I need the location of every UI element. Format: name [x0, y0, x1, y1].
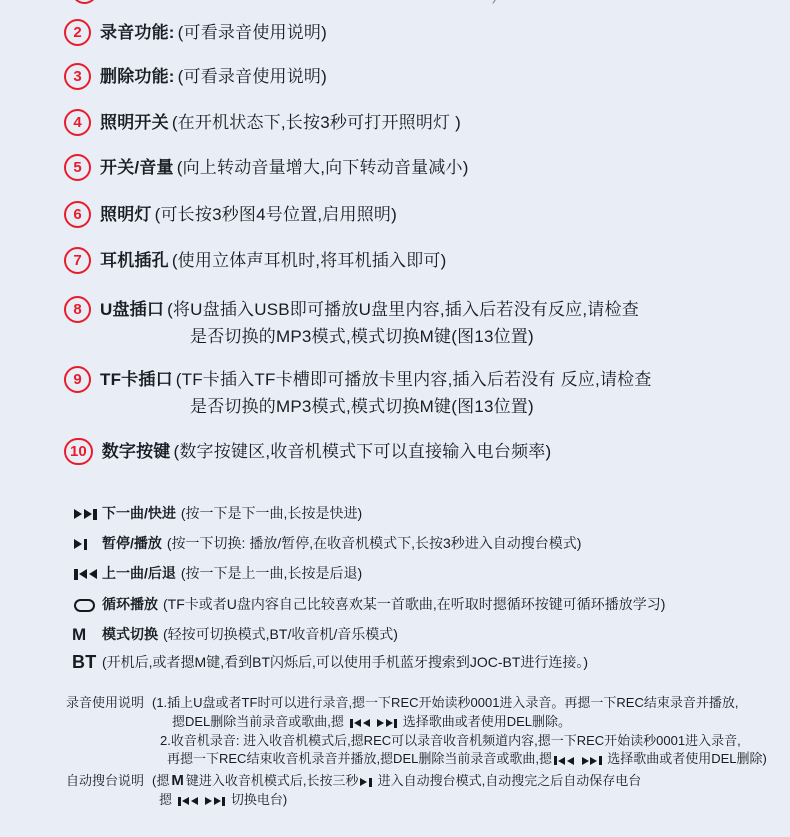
item-desc: (TF卡插入TF卡槽即可播放卡里内容,插入后若没有 反应,请检查	[176, 370, 652, 389]
control-label: 模式切换	[102, 624, 158, 644]
instruction-item-7: 7 耳机插孔(使用立体声耳机时,将耳机插入即可)	[64, 247, 446, 274]
instruction-item-2: 2 录音功能:(可看录音使用说明)	[64, 19, 327, 46]
item-title: 数字按键	[102, 442, 171, 461]
note-text: 2.收音机录音: 进入收音机模式后,摁REC可以录音收音机频道内容,摁一下REC…	[160, 732, 741, 751]
note-lines: (摁M键进入收音机模式后,长按三秒 进入自动搜台模式,自动搜完之后自动保存电台 …	[152, 772, 641, 810]
instruction-item-5: 5 开关/音量(向上转动音量增大,向下转动音量减小)	[64, 154, 469, 181]
recording-usage-note: 录音使用说明 (1.插上U盘或者TF时可以进行录音,摁一下REC开始读秒0001…	[66, 694, 767, 769]
item-desc: (可看录音使用说明)	[178, 23, 327, 42]
item-desc-line2: 是否切换的MP3模式,模式切换M键(图13位置)	[190, 323, 639, 350]
note-text	[200, 791, 204, 810]
item-title: 照明开关	[100, 113, 169, 132]
item-number-badge: 9	[64, 366, 91, 393]
prev-track-icon	[554, 756, 574, 765]
item-desc: (在开机状态下,长按3秒可打开照明灯 )	[172, 113, 461, 132]
instruction-item-4: 4 照明开关(在开机状态下,长按3秒可打开照明灯 )	[64, 109, 461, 136]
prev-track-icon	[350, 719, 370, 728]
item-desc-line2: 是否切换的MP3模式,模式切换M键(图13位置)	[190, 393, 652, 420]
note-text: 选择歌曲或者使用DEL删除。	[399, 713, 571, 732]
control-row-bt: BT (开机后,或者摁M键,看到BT闪烁后,可以使用手机蓝牙搜索到JOC-BT进…	[72, 652, 588, 672]
next-track-icon	[74, 509, 97, 520]
note-text: 切换电台)	[227, 791, 287, 810]
note-text: 摁	[159, 791, 176, 810]
control-desc: (按一下切换: 播放/暂停,在收音机模式下,长按3秒进入自动搜台模式)	[167, 533, 582, 553]
note-text: 摁DEL删除当前录音或歌曲,摁	[172, 713, 348, 732]
instruction-item-3: 3 删除功能:(可看录音使用说明)	[64, 63, 327, 90]
item-number-badge: 5	[64, 154, 91, 181]
next-track-icon	[377, 719, 397, 728]
item-desc: (使用立体声耳机时,将耳机插入即可)	[172, 251, 447, 270]
play-pause-icon	[360, 778, 372, 787]
control-desc: (按一下是下一曲,长按是快进)	[181, 503, 362, 523]
bt-key-icon: BT	[72, 653, 97, 671]
item-desc: (可长按3秒图4号位置,启用照明)	[155, 205, 397, 224]
note-text: (摁	[152, 772, 169, 791]
note-text: 进入自动搜台模式,自动搜完之后自动保存电台	[374, 772, 641, 791]
item-number-badge: 8	[64, 296, 91, 323]
instruction-item-10: 10 数字按键(数字按键区,收音机模式下可以直接输入电台频率)	[64, 438, 551, 465]
manual-page: ) 2 录音功能:(可看录音使用说明) 3 删除功能:(可看录音使用说明) 4 …	[0, 0, 790, 837]
play-pause-icon	[74, 539, 87, 550]
control-desc: (TF卡或者U盘内容自己比较喜欢某一首歌曲,在听取时摁循环按键可循环播放学习)	[163, 594, 665, 614]
cropped-text-remnant: )	[492, 0, 497, 5]
note-text: (1.插上U盘或者TF时可以进行录音,摁一下REC开始读秒0001进入录音。再摁…	[152, 694, 738, 713]
note-line: 2.收音机录音: 进入收音机模式后,摁REC可以录音收音机频道内容,摁一下REC…	[160, 732, 767, 751]
item-title: TF卡插口	[100, 370, 173, 389]
item-desc: (将U盘插入USB即可播放U盘里内容,插入后若没有反应,请检查	[167, 300, 639, 319]
note-line: 摁 切换电台)	[159, 791, 641, 810]
control-row-loop: 循环播放 (TF卡或者U盘内容自己比较喜欢某一首歌曲,在听取时摁循环按键可循环播…	[72, 594, 665, 614]
control-desc: (开机后,或者摁M键,看到BT闪烁后,可以使用手机蓝牙搜索到JOC-BT进行连接…	[102, 652, 588, 672]
note-line: 再摁一下REC结束收音机录音并播放,摁DEL删除当前录音或歌曲,摁 选择歌曲或者…	[167, 750, 767, 769]
control-label: 暂停/播放	[102, 533, 162, 553]
control-row-mode: M 模式切换 (轻按可切换模式,BT/收音机/音乐模式)	[72, 624, 398, 644]
note-label: 录音使用说明	[66, 694, 152, 769]
m-key-icon: M	[72, 626, 86, 643]
item-title: 耳机插孔	[100, 251, 169, 270]
prev-track-icon	[74, 569, 97, 580]
instruction-item-8: 8 U盘插口(将U盘插入USB即可播放U盘里内容,插入后若没有反应,请检查 是否…	[64, 296, 639, 350]
item-desc: (向上转动音量增大,向下转动音量减小)	[177, 158, 469, 177]
note-text	[576, 750, 580, 769]
item-title: 删除功能:	[100, 67, 175, 86]
control-row-next: 下一曲/快进 (按一下是下一曲,长按是快进)	[72, 503, 362, 523]
note-label: 自动搜台说明	[66, 772, 152, 810]
item-title: 照明灯	[100, 205, 152, 224]
item-number-badge: 3	[64, 63, 91, 90]
note-line: 摁DEL删除当前录音或歌曲,摁 选择歌曲或者使用DEL删除。	[172, 713, 767, 732]
control-label: 上一曲/后退	[102, 563, 176, 583]
loop-icon	[74, 599, 95, 612]
note-text	[372, 713, 376, 732]
item-number-badge: 7	[64, 247, 91, 274]
m-key-icon: M	[171, 772, 184, 791]
item-title: U盘插口	[100, 300, 164, 319]
instruction-item-9: 9 TF卡插口(TF卡插入TF卡槽即可播放卡里内容,插入后若没有 反应,请检查 …	[64, 366, 652, 420]
next-track-icon	[582, 756, 602, 765]
control-row-play-pause: 暂停/播放 (按一下切换: 播放/暂停,在收音机模式下,长按3秒进入自动搜台模式…	[72, 533, 581, 553]
prev-track-icon	[178, 797, 198, 806]
note-text: 再摁一下REC结束收音机录音并播放,摁DEL删除当前录音或歌曲,摁	[167, 750, 552, 769]
note-line: (1.插上U盘或者TF时可以进行录音,摁一下REC开始读秒0001进入录音。再摁…	[152, 694, 767, 713]
note-text: 键进入收音机模式后,长按三秒	[186, 772, 359, 791]
control-desc: (轻按可切换模式,BT/收音机/音乐模式)	[163, 624, 398, 644]
item-number-badge: 2	[64, 19, 91, 46]
item-number-badge: 10	[64, 438, 93, 465]
control-desc: (按一下是上一曲,长按是后退)	[181, 563, 362, 583]
item-title: 开关/音量	[100, 158, 174, 177]
note-text: 选择歌曲或者使用DEL删除)	[604, 750, 767, 769]
item-number-badge: 6	[64, 201, 91, 228]
item-number-badge: 4	[64, 109, 91, 136]
item-number-badge-cropped	[71, 0, 98, 4]
next-track-icon	[205, 797, 225, 806]
auto-tune-note: 自动搜台说明 (摁M键进入收音机模式后,长按三秒 进入自动搜台模式,自动搜完之后…	[66, 772, 641, 810]
note-line: (摁M键进入收音机模式后,长按三秒 进入自动搜台模式,自动搜完之后自动保存电台	[152, 772, 641, 791]
control-label: 循环播放	[102, 594, 158, 614]
control-row-prev: 上一曲/后退 (按一下是上一曲,长按是后退)	[72, 563, 362, 583]
item-desc: (数字按键区,收音机模式下可以直接输入电台频率)	[174, 442, 552, 461]
item-desc: (可看录音使用说明)	[178, 67, 327, 86]
control-label: 下一曲/快进	[102, 503, 176, 523]
instruction-item-6: 6 照明灯(可长按3秒图4号位置,启用照明)	[64, 201, 397, 228]
note-lines: (1.插上U盘或者TF时可以进行录音,摁一下REC开始读秒0001进入录音。再摁…	[152, 694, 767, 769]
item-title: 录音功能:	[100, 23, 175, 42]
